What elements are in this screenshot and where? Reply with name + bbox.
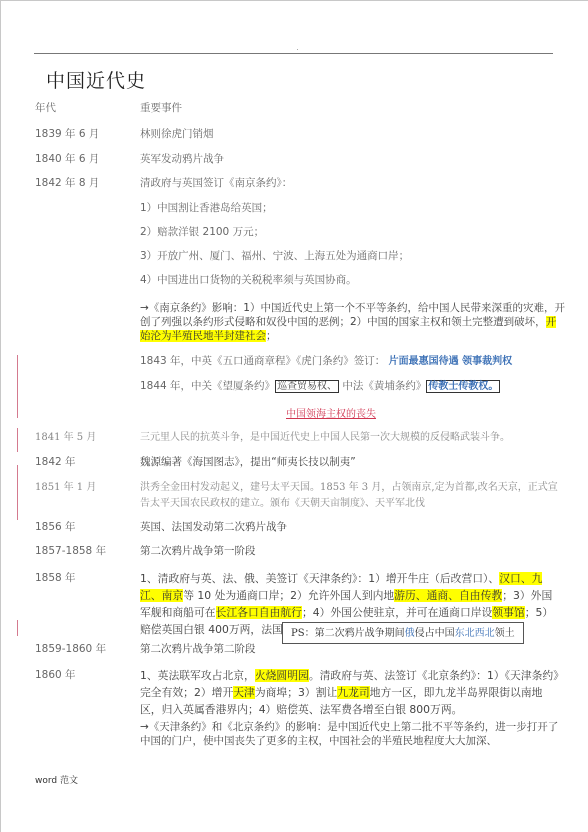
text-segment: 为商埠；3）割让 <box>255 686 337 699</box>
boxed-annotation: 巡查贸易权、 <box>275 380 339 393</box>
row-event: 清政府与英国签订《南京条约》： <box>140 176 560 191</box>
margin-bar <box>17 355 18 418</box>
margin-bar <box>17 428 18 452</box>
highlighted-text: 天津 <box>233 686 255 699</box>
page-edge <box>0 0 1 832</box>
row-event: 第二次鸦片战争第一阶段 <box>140 544 560 559</box>
page-footer: word 范文 <box>35 773 78 786</box>
row-date: 1839 年 6 月 <box>35 127 99 142</box>
header-event: 重要事件 <box>140 101 560 116</box>
impact-text: →《南京条约》影响：1）中国近代史上第一个不平等条约，给中国人民带来深重的灾难，… <box>140 302 565 328</box>
highlighted-text: 九龙司 <box>337 686 369 699</box>
row-date: 1841 年 5 月 <box>35 430 96 445</box>
blue-annotation: 片面最惠国待遇 领事裁判权 <box>389 356 512 367</box>
row-date: 1859-1860 年 <box>35 642 106 657</box>
text-segment: ；4）外国公使驻京，并可在通商口岸设 <box>302 606 492 619</box>
row-event: 英国、法国发动第二次鸦片战争 <box>140 520 560 535</box>
row-event: 三元里人民的抗英斗争，是中国近代史上中国人民第一次大规模的反侵略武装斗争。 <box>140 430 560 445</box>
note-text: 1843 年，中英《五口通商章程》《虎门条约》签订： <box>140 355 385 367</box>
highlighted-text: 火烧圆明园 <box>255 669 309 682</box>
row-date: 1856 年 <box>35 520 76 535</box>
row-event: 英军发动鸦片战争 <box>140 152 560 167</box>
ps-text: 领土 <box>495 628 515 639</box>
treaty-clause: 1）中国割让香港岛给英国； <box>140 201 560 216</box>
row-event: 林则徐虎门销烟 <box>140 127 560 142</box>
note-text: 中法《黄埔条约》 <box>342 380 426 392</box>
header-rule <box>34 53 553 54</box>
ps-text: 侵占中国 <box>415 628 455 639</box>
text-segment: 等 10 处为通商口岸；2）允许外国人到内地 <box>183 589 394 602</box>
note-text: 1844 年，中关《望厦条约》 <box>140 380 275 392</box>
header-date: 年代 <box>35 101 56 116</box>
text-segment: 1、英法联军攻占北京， <box>140 669 255 682</box>
highlighted-text: 长江各口自由航行 <box>216 606 302 619</box>
row-date: 1840 年 6 月 <box>35 152 99 167</box>
row-event: 魏源编著《海国图志》，提出“师夷长技以制夷” <box>140 455 560 470</box>
text-segment: 1、清政府与英、法、俄、美签订《天津条约》：1）增开牛庄（后改营口）、 <box>140 572 499 585</box>
row-date: 1842 年 8 月 <box>35 176 99 191</box>
red-annotation: 中国领海主权的丧失 <box>286 405 376 420</box>
highlighted-text: 领事馆 <box>492 606 524 619</box>
document-title: 中国近代史 <box>46 66 146 93</box>
treaty-clause: 4）中国进出口货物的关税税率须与英国协商。 <box>140 273 560 288</box>
row-event: 第二次鸦片战争第二阶段 <box>140 642 560 657</box>
row-event: 1、英法联军攻占北京，火烧圆明园。清政府与英、法签订《北京条约》：1）《天津条约… <box>140 667 560 718</box>
ps-note-box: PS：第二次鸦片战争期间俄侵占中国东北西北领土 <box>282 622 524 644</box>
header-mark <box>297 49 298 50</box>
treaty-clause: 2）赔款洋银 2100 万元； <box>140 225 560 240</box>
ps-blue-text: 东北西北 <box>455 628 495 639</box>
highlighted-text: 游历、通商、自由传教 <box>394 589 502 602</box>
row-event: 洪秀全金田村发动起义，建号太平天国。1853 年 3 月，占领南京,定为首都,改… <box>140 480 560 512</box>
boxed-annotation: 传教士传教权。 <box>426 380 500 393</box>
row-date: 1860 年 <box>35 667 76 684</box>
impact-text: →《天津条约》和《北京条约》的影响：是中国近代史上第二批不平等条约，进一步打开了… <box>140 720 560 748</box>
ps-blue-text: 俄 <box>405 628 415 639</box>
row-date: 1857-1858 年 <box>35 544 106 559</box>
margin-bar <box>17 465 18 520</box>
margin-bar <box>17 620 18 636</box>
ps-text: PS：第二次鸦片战争期间 <box>291 628 405 639</box>
row-date: 1842 年 <box>35 455 76 470</box>
row-date: 1851 年 1 月 <box>35 480 96 496</box>
treaty-clause: 3）开放广州、厦门、福州、宁波、上海五处为通商口岸； <box>140 249 560 264</box>
page-edge-top <box>0 0 588 1</box>
impact-tail: ； <box>266 330 277 342</box>
row-date: 1858 年 <box>35 570 76 587</box>
